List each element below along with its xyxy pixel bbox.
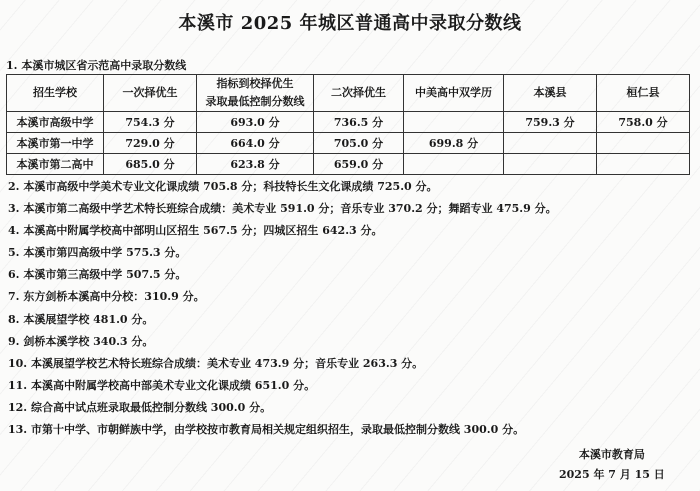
list-item: 6. 本溪市第三高级中学 507.5 分。 [8,268,557,290]
header-cell: 一次择优生 [104,75,197,112]
list-item: 13. 市第十中学、市朝鲜族中学，由学校按市教育局相关规定组织招生，录取最低控制… [8,423,557,445]
list-item: 10. 本溪展望学校艺术特长班综合成绩：美术专业 473.9 分；音乐专业 26… [8,357,557,379]
table-cell [404,154,504,175]
issuing-organization: 本溪市教育局 [559,446,665,466]
table-row: 本溪市高级中学 754.3 分 693.0 分 736.5 分 759.3 分 … [7,112,690,133]
table-cell: 758.0 分 [597,112,690,133]
list-item: 4. 本溪高中附属学校高中部明山区招生 567.5 分；四城区招生 642.3 … [8,224,557,246]
table-cell: 685.0 分 [104,154,197,175]
table-cell: 664.0 分 [197,133,314,154]
table-row: 本溪市第一中学 729.0 分 664.0 分 705.0 分 699.8 分 [7,133,690,154]
table-cell [404,112,504,133]
list-item: 2. 本溪市高级中学美术专业文化课成绩 705.8 分；科技特长生文化课成绩 7… [8,180,557,202]
header-cell: 桓仁县 [597,75,690,112]
header-line: 录取最低控制分数线 [197,93,313,111]
header-cell: 中美高中双学历 [404,75,504,112]
section-heading: 1. 本溪市城区省示范高中录取分数线 [6,57,186,73]
score-table: 招生学校 一次择优生 指标到校择优生录取最低控制分数线 二次择优生 中美高中双学… [6,74,690,175]
table-cell [597,154,690,175]
header-cell: 二次择优生 [314,75,404,112]
table-cell: 754.3 分 [104,112,197,133]
table-header-row: 招生学校 一次择优生 指标到校择优生录取最低控制分数线 二次择优生 中美高中双学… [7,75,690,112]
table-cell: 699.8 分 [404,133,504,154]
table-cell: 本溪市第一中学 [7,133,104,154]
list-item: 12. 综合高中试点班录取最低控制分数线 300.0 分。 [8,401,557,423]
table-cell [597,133,690,154]
table-cell: 本溪市第二高中 [7,154,104,175]
list-item: 5. 本溪市第四高级中学 575.3 分。 [8,246,557,268]
table-cell: 659.0 分 [314,154,404,175]
header-cell: 指标到校择优生录取最低控制分数线 [197,75,314,112]
table-cell [504,154,597,175]
header-cell: 招生学校 [7,75,104,112]
page-title: 本溪市 2025 年城区普通高中录取分数线 [0,9,700,35]
table-cell: 729.0 分 [104,133,197,154]
list-item: 7. 东方剑桥本溪高中分校：310.9 分。 [8,290,557,312]
issue-date: 2025 年 7 月 15 日 [559,466,665,486]
table-cell: 693.0 分 [197,112,314,133]
table-row: 本溪市第二高中 685.0 分 623.8 分 659.0 分 [7,154,690,175]
list-item: 8. 本溪展望学校 481.0 分。 [8,313,557,335]
table-cell [504,133,597,154]
header-line: 指标到校择优生 [197,75,313,93]
table-cell: 623.8 分 [197,154,314,175]
list-item: 9. 剑桥本溪学校 340.3 分。 [8,335,557,357]
header-cell: 本溪县 [504,75,597,112]
notes-list: 2. 本溪市高级中学美术专业文化课成绩 705.8 分；科技特长生文化课成绩 7… [8,180,557,445]
table-cell: 705.0 分 [314,133,404,154]
table-cell: 本溪市高级中学 [7,112,104,133]
list-item: 3. 本溪市第二高级中学艺术特长班综合成绩：美术专业 591.0 分；音乐专业 … [8,202,557,224]
table-cell: 736.5 分 [314,112,404,133]
table-cell: 759.3 分 [504,112,597,133]
signature-block: 本溪市教育局 2025 年 7 月 15 日 [559,446,665,486]
list-item: 11. 本溪高中附属学校高中部美术专业文化课成绩 651.0 分。 [8,379,557,401]
